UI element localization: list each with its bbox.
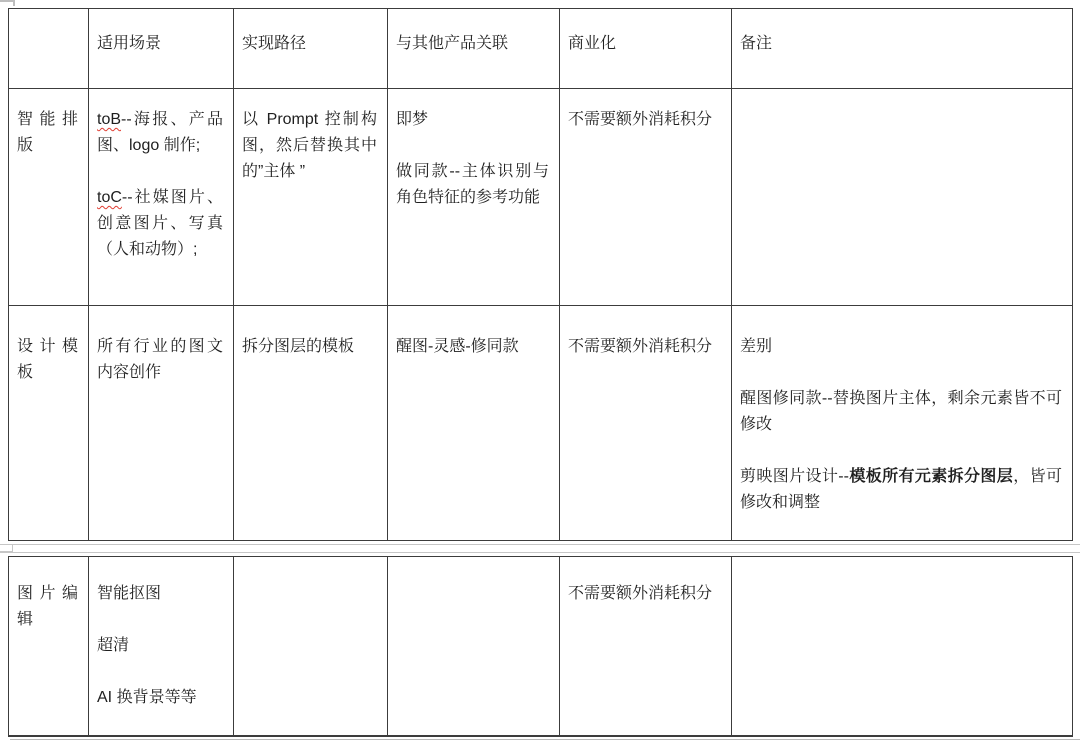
header-row: 适用场景实现路径与其他产品关联商业化备注: [9, 9, 1073, 89]
text-run: 不需要额外消耗积分: [568, 338, 712, 355]
text-run: 适用场景: [97, 35, 161, 52]
text-run: 做同款--主体识别与角色特征的参考功能: [396, 163, 549, 206]
paragraph: [740, 360, 1062, 386]
text-run: 不需要额外消耗积分: [568, 585, 712, 602]
paragraph: [97, 659, 223, 685]
paragraph: 超清: [97, 633, 223, 659]
product-feature-table-continued: 图片编辑智能抠图超清AI 换背景等等不需要额外消耗积分: [8, 556, 1073, 737]
table-cell: 智能排版: [9, 89, 89, 306]
table-cell: 差别醒图修同款--替换图片主体，剩余元素皆不可修改剪映图片设计--模板所有元素拆…: [732, 306, 1073, 541]
text-run: 所有行业的图文内容创作: [97, 338, 223, 381]
text-run: 醒图-灵感-修同款: [396, 338, 519, 355]
text-run: 差别: [740, 338, 772, 355]
paragraph: 实现路径: [242, 31, 377, 57]
paragraph: toB--海报、产品图、logo 制作;: [97, 107, 223, 159]
paragraph: 图片编辑: [17, 581, 78, 633]
paragraph: 智能排版: [17, 107, 78, 159]
table-cell: 不需要额外消耗积分: [560, 557, 732, 736]
table-cell: [732, 89, 1073, 306]
table-cell: 不需要额外消耗积分: [560, 89, 732, 306]
paragraph: 醒图修同款--替换图片主体，剩余元素皆不可修改: [740, 386, 1062, 438]
table-cell: 即梦做同款--主体识别与角色特征的参考功能: [388, 89, 560, 306]
spellcheck-underlined-word: toB: [97, 111, 121, 128]
table-cell: 拆分图层的模板: [234, 306, 388, 541]
spellcheck-underlined-word: toC: [97, 189, 122, 206]
paragraph: 设计模板: [17, 334, 78, 386]
paragraph: 即梦: [396, 107, 549, 133]
paragraph: 做同款--主体识别与角色特征的参考功能: [396, 159, 549, 211]
table-cell: 所有行业的图文内容创作: [89, 306, 234, 541]
paragraph: 以 Prompt 控制构图，然后替换其中的”主体 ”: [242, 107, 377, 185]
table-cell: [732, 557, 1073, 736]
paragraph: 备注: [740, 31, 1062, 57]
page-break-line: [0, 552, 1080, 553]
paragraph: [97, 607, 223, 633]
table-cell: 智能抠图超清AI 换背景等等: [89, 557, 234, 736]
text-run: 不需要额外消耗积分: [568, 111, 712, 128]
paragraph: 与其他产品关联: [396, 31, 549, 57]
table-row: 图片编辑智能抠图超清AI 换背景等等不需要额外消耗积分: [9, 557, 1073, 736]
text-run: 智能抠图: [97, 585, 161, 602]
text-run: 设计模板: [17, 338, 78, 381]
column-header: [9, 9, 89, 89]
paragraph: 不需要额外消耗积分: [568, 334, 721, 360]
column-header: 商业化: [560, 9, 732, 89]
paragraph: 差别: [740, 334, 1062, 360]
table-cell: 图片编辑: [9, 557, 89, 736]
column-header: 适用场景: [89, 9, 234, 89]
text-run: 超清: [97, 637, 129, 654]
table-shadow: [10, 739, 1080, 740]
table-cell: 设计模板: [9, 306, 89, 541]
text-run: 图片编辑: [17, 585, 78, 628]
text-run: 模板所有元素拆分图层: [849, 468, 1013, 485]
text-run: 备注: [740, 35, 772, 52]
text-run: 智能排版: [17, 111, 78, 154]
paragraph: 剪映图片设计--模板所有元素拆分图层，皆可修改和调整: [740, 464, 1062, 516]
text-run: 即梦: [396, 111, 428, 128]
text-run: 以 Prompt 控制构图，然后替换其中的”主体 ”: [242, 111, 377, 180]
column-header: 备注: [732, 9, 1073, 89]
table-cell: 以 Prompt 控制构图，然后替换其中的”主体 ”: [234, 89, 388, 306]
page-break-marker: [0, 544, 13, 552]
table-row: 设计模板所有行业的图文内容创作拆分图层的模板醒图-灵感-修同款不需要额外消耗积分…: [9, 306, 1073, 541]
paragraph: 不需要额外消耗积分: [568, 107, 721, 133]
document-page: 适用场景实现路径与其他产品关联商业化备注智能排版toB--海报、产品图、logo…: [0, 0, 1080, 744]
text-run: 实现路径: [242, 35, 306, 52]
text-run: 商业化: [568, 35, 616, 52]
paragraph: 智能抠图: [97, 581, 223, 607]
paragraph: 适用场景: [97, 31, 223, 57]
paragraph: 所有行业的图文内容创作: [97, 334, 223, 386]
column-header: 实现路径: [234, 9, 388, 89]
table-cell: toB--海报、产品图、logo 制作;toC--社媒图片、创意图片、写真（人和…: [89, 89, 234, 306]
table-edge-marker: [0, 0, 15, 6]
paragraph: AI 换背景等等: [97, 685, 223, 711]
text-run: 与其他产品关联: [396, 35, 508, 52]
text-run: AI 换背景等等: [97, 689, 197, 706]
text-run: 拆分图层的模板: [242, 338, 354, 355]
paragraph: 不需要额外消耗积分: [568, 581, 721, 607]
paragraph: toC--社媒图片、创意图片、写真（人和动物）;: [97, 185, 223, 263]
paragraph: 醒图-灵感-修同款: [396, 334, 549, 360]
table-cell: [388, 557, 560, 736]
text-run: 醒图修同款--替换图片主体，剩余元素皆不可修改: [740, 390, 1062, 433]
column-header: 与其他产品关联: [388, 9, 560, 89]
table-row: 智能排版toB--海报、产品图、logo 制作;toC--社媒图片、创意图片、写…: [9, 89, 1073, 306]
paragraph: 商业化: [568, 31, 721, 57]
product-feature-table: 适用场景实现路径与其他产品关联商业化备注智能排版toB--海报、产品图、logo…: [8, 8, 1073, 541]
paragraph: [740, 438, 1062, 464]
paragraph: 拆分图层的模板: [242, 334, 377, 360]
table-cell: 醒图-灵感-修同款: [388, 306, 560, 541]
table-cell: 不需要额外消耗积分: [560, 306, 732, 541]
paragraph: [396, 133, 549, 159]
paragraph: [97, 159, 223, 185]
page-break-line: [0, 544, 1080, 545]
table-cell: [234, 557, 388, 736]
text-run: 剪映图片设计--: [740, 468, 849, 485]
